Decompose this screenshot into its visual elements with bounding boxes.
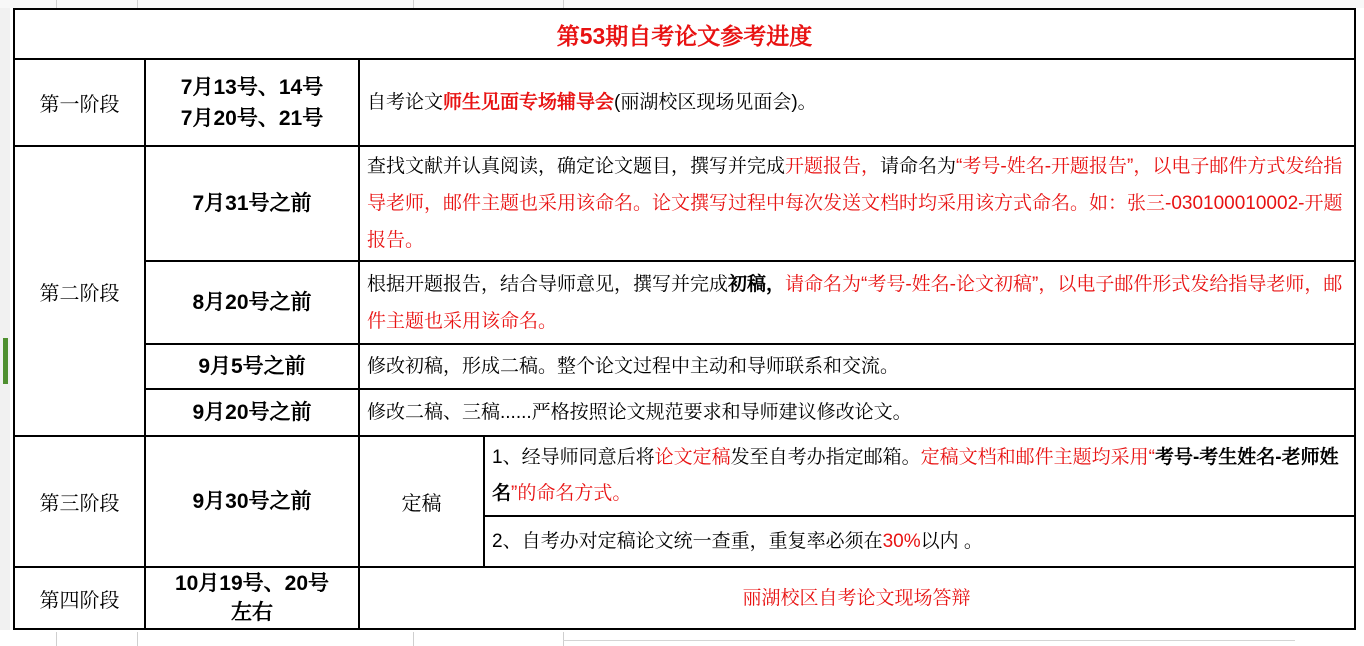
stage4-content-cell[interactable]: 丽湖校区自考论文现场答辩: [360, 568, 1354, 628]
content-text: 2、自考办对定稿论文统一查重，重复率必须在30%以内 。: [485, 521, 1354, 562]
date-text: 9月30号之前: [192, 486, 311, 517]
grid-strip-top: [0, 0, 1364, 8]
text-run: 请命名为: [880, 156, 956, 177]
text-run: 修改初稿，形成二稿。整个论文过程中主动和导师联系和交流。: [367, 356, 899, 377]
text-run: 开题报告，: [785, 156, 880, 177]
stage1-label-cell[interactable]: 第一阶段: [15, 60, 146, 147]
date-text: 7月31号之前: [192, 188, 311, 219]
text-run: ”的命名方式。: [511, 483, 631, 504]
content-text: 1、经导师同意后将论文定稿发至自考办指定邮箱。定稿文档和邮件主题均采用“考号-考…: [485, 438, 1354, 514]
gridline: [563, 632, 564, 646]
text-run: 发至自考办指定邮箱。: [731, 447, 921, 468]
gridline: [137, 632, 138, 646]
stage2-row2-content-cell[interactable]: 根据开题报告，结合导师意见，撰写并完成初稿，请命名为“考号-姓名-论文初稿”，以…: [360, 262, 1354, 345]
stage4-date-cell[interactable]: 10月19号、20号 左右: [146, 568, 360, 628]
text-run: (丽湖校区现场见面会)。: [614, 92, 817, 113]
text-run: 师生见面专场辅导会: [443, 92, 614, 113]
content-text: 修改二稿、三稿......严格按照论文规范要求和导师建议修改论文。: [360, 392, 1354, 433]
gridline: [137, 0, 138, 8]
text-run: 以内 。: [921, 531, 983, 552]
content-text: 修改初稿，形成二稿。整个论文过程中主动和导师联系和交流。: [360, 346, 1354, 387]
gridline: [413, 632, 414, 646]
stage3-final-draft-cell[interactable]: 定稿: [360, 437, 485, 568]
content-text: 自考论文师生见面专场辅导会(丽湖校区现场见面会)。: [360, 82, 1354, 123]
text-run: 2、自考办对定稿论文统一查重，重复率必须在: [492, 531, 883, 552]
text-run: 查找文献并认真阅读，确定论文题目，撰写并完成: [367, 156, 785, 177]
row-header-edge: [0, 0, 10, 646]
date-text: 10月19号、20号 左右: [175, 569, 329, 627]
text-run: 30%: [883, 531, 921, 552]
stage-label: 第一阶段: [40, 88, 120, 117]
final-draft-label: 定稿: [402, 487, 442, 516]
gridline: [56, 632, 57, 646]
text-run: 论文定稿: [655, 447, 731, 468]
stage2-row1-content-cell[interactable]: 查找文献并认真阅读，确定论文题目，撰写并完成开题报告，请命名为“考号-姓名-开题…: [360, 147, 1354, 262]
stage3-date-cell[interactable]: 9月30号之前: [146, 437, 360, 568]
grid-strip-bottom: [0, 630, 1364, 646]
stage2-row4-content-cell[interactable]: 修改二稿、三稿......严格按照论文规范要求和导师建议修改论文。: [360, 390, 1354, 437]
content-text: 根据开题报告，结合导师意见，撰写并完成初稿，请命名为“考号-姓名-论文初稿”，以…: [360, 264, 1354, 342]
stage-label: 第二阶段: [40, 277, 120, 306]
text-run: 1、经导师同意后将: [492, 447, 655, 468]
table-title-cell[interactable]: 第53期自考论文参考进度: [15, 10, 1354, 60]
stage3-sub2-content-cell[interactable]: 2、自考办对定稿论文统一查重，重复率必须在30%以内 。: [485, 517, 1354, 568]
stage4-label-cell[interactable]: 第四阶段: [15, 568, 146, 628]
progress-table: 第53期自考论文参考进度 第一阶段 7月13号、14号 7月20号、21号 自考…: [13, 8, 1356, 630]
date-text: 7月13号、14号 7月20号、21号: [181, 72, 323, 134]
content-text: 查找文献并认真阅读，确定论文题目，撰写并完成开题报告，请命名为“考号-姓名-开题…: [360, 147, 1354, 261]
gridline: [563, 640, 1295, 641]
text-run: 初稿，: [728, 274, 785, 295]
stage-label: 第三阶段: [40, 487, 120, 516]
text-run: 自考论文: [367, 92, 443, 113]
stage3-label-cell[interactable]: 第三阶段: [15, 437, 146, 568]
stage2-row4-date-cell[interactable]: 9月20号之前: [146, 390, 360, 437]
page-title: 第53期自考论文参考进度: [557, 18, 813, 51]
stage2-row3-date-cell[interactable]: 9月5号之前: [146, 345, 360, 390]
content-text: 丽湖校区自考论文现场答辩: [735, 578, 978, 619]
spreadsheet-canvas: 第53期自考论文参考进度 第一阶段 7月13号、14号 7月20号、21号 自考…: [0, 0, 1364, 646]
stage3-sub1-content-cell[interactable]: 1、经导师同意后将论文定稿发至自考办指定邮箱。定稿文档和邮件主题均采用“考号-考…: [485, 437, 1354, 517]
text-run: 根据开题报告，结合导师意见，撰写并完成: [367, 274, 728, 295]
stage2-row1-date-cell[interactable]: 7月31号之前: [146, 147, 360, 262]
date-text: 9月20号之前: [192, 397, 311, 428]
date-text: 8月20号之前: [192, 287, 311, 318]
stage2-label-cell[interactable]: 第二阶段: [15, 147, 146, 437]
text-run: 定稿文档和邮件主题均采用“: [921, 447, 1155, 468]
selection-indicator: [3, 338, 8, 384]
text-run: 丽湖校区自考论文现场答辩: [742, 588, 970, 609]
stage-label: 第四阶段: [40, 584, 120, 613]
gridline: [56, 0, 57, 8]
stage2-row3-content-cell[interactable]: 修改初稿，形成二稿。整个论文过程中主动和导师联系和交流。: [360, 345, 1354, 390]
text-run: 修改二稿、三稿......严格按照论文规范要求和导师建议修改论文。: [367, 402, 912, 423]
stage1-content-cell[interactable]: 自考论文师生见面专场辅导会(丽湖校区现场见面会)。: [360, 60, 1354, 147]
stage2-row2-date-cell[interactable]: 8月20号之前: [146, 262, 360, 345]
stage1-date-cell[interactable]: 7月13号、14号 7月20号、21号: [146, 60, 360, 147]
date-text: 9月5号之前: [198, 351, 305, 382]
gridline: [413, 0, 414, 8]
gridline: [563, 0, 564, 8]
